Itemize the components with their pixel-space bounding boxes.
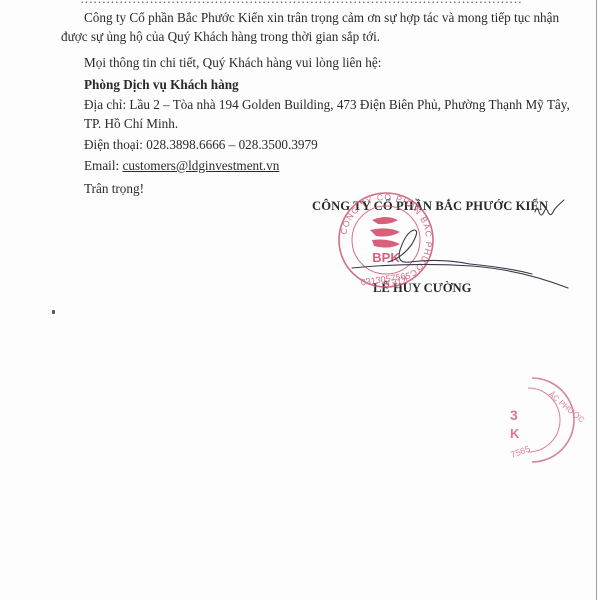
document-page: ………………………………………………………………………………………… Công … xyxy=(0,0,600,600)
company-stamp: CÔNG TY CỔ PHẦN BẮC PHƯỚC KIỂN BPK 03130… xyxy=(338,191,434,289)
stamp-logo-text: BPK xyxy=(372,250,400,265)
stamp-and-signature-layer: CÔNG TY CỔ PHẦN BẮC PHƯỚC KIỂN BPK 03130… xyxy=(0,0,600,600)
partial-stamp-tax-code: 7565 xyxy=(509,444,531,460)
bpk-logo-icon xyxy=(370,217,400,248)
svg-text:K: K xyxy=(510,426,520,441)
partial-stamp: ẮC PHƯỚC 3 K 7565 xyxy=(509,378,586,462)
svg-text:3: 3 xyxy=(510,407,518,423)
scan-edge-line xyxy=(596,0,597,600)
paper-speck xyxy=(52,310,55,314)
